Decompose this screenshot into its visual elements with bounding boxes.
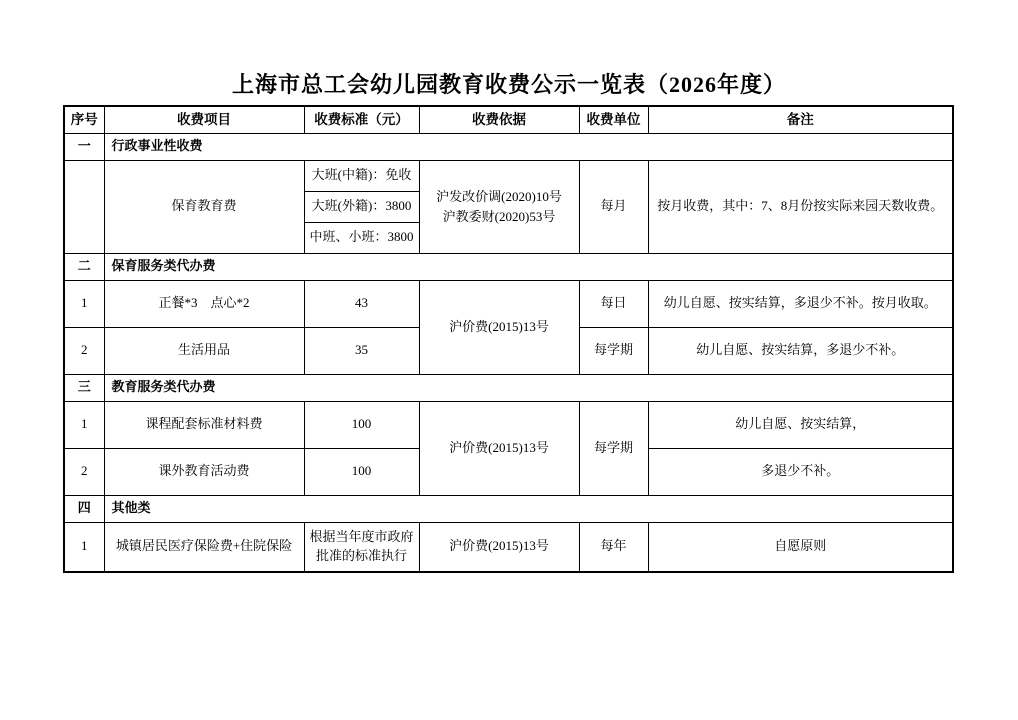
table-row: 1 课程配套标准材料费 100 沪价费(2015)13号 每学期 幼儿自愿、按实… [64, 401, 953, 448]
table-row: 1 正餐*3 点心*2 43 沪价费(2015)13号 每日 幼儿自愿、按实结算… [64, 280, 953, 327]
cell-note: 幼儿自愿、按实结算， [648, 401, 953, 448]
page-title: 上海市总工会幼儿园教育收费公示一览表（2026年度） [0, 68, 1018, 99]
column-header-note: 备注 [648, 106, 953, 133]
cell-basis: 沪价费(2015)13号 [419, 522, 579, 572]
section-title: 其他类 [104, 495, 953, 522]
cell-item: 课程配套标准材料费 [104, 401, 304, 448]
table-row: 保育教育费 大班(中籍)：免收 沪发改价调(2020)10号 沪教委财(2020… [64, 160, 953, 191]
cell-standard: 100 [304, 448, 419, 495]
section-row-1: 一 行政事业性收费 [64, 133, 953, 160]
column-header-unit: 收费单位 [579, 106, 648, 133]
cell-unit: 每学期 [579, 401, 648, 495]
document-page: 上海市总工会幼儿园教育收费公示一览表（2026年度） 序号 收费项目 收费标准（… [0, 0, 1018, 720]
column-header-standard: 收费标准（元） [304, 106, 419, 133]
cell-unit: 每学期 [579, 327, 648, 374]
cell-standard: 根据当年度市政府批准的标准执行 [304, 522, 419, 572]
section-row-3: 三 教育服务类代办费 [64, 374, 953, 401]
section-row-4: 四 其他类 [64, 495, 953, 522]
cell-unit: 每日 [579, 280, 648, 327]
cell-no: 2 [64, 448, 104, 495]
cell-note: 幼儿自愿、按实结算，多退少不补。 [648, 327, 953, 374]
cell-item: 保育教育费 [104, 160, 304, 253]
column-header-basis: 收费依据 [419, 106, 579, 133]
cell-item: 正餐*3 点心*2 [104, 280, 304, 327]
cell-note: 幼儿自愿、按实结算，多退少不补。按月收取。 [648, 280, 953, 327]
cell-standard: 大班(外籍)：3800 [304, 191, 419, 222]
cell-no: 1 [64, 401, 104, 448]
cell-no [64, 160, 104, 253]
cell-standard: 中班、小班：3800 [304, 222, 419, 253]
section-title: 保育服务类代办费 [104, 253, 953, 280]
column-header-item: 收费项目 [104, 106, 304, 133]
section-index: 二 [64, 253, 104, 280]
table-header-row: 序号 收费项目 收费标准（元） 收费依据 收费单位 备注 [64, 106, 953, 133]
column-header-seq: 序号 [64, 106, 104, 133]
cell-basis: 沪价费(2015)13号 [419, 401, 579, 495]
section-row-2: 二 保育服务类代办费 [64, 253, 953, 280]
cell-item: 生活用品 [104, 327, 304, 374]
fee-table: 序号 收费项目 收费标准（元） 收费依据 收费单位 备注 一 行政事业性收费 保… [63, 105, 954, 573]
section-title: 行政事业性收费 [104, 133, 953, 160]
cell-note: 多退少不补。 [648, 448, 953, 495]
section-index: 四 [64, 495, 104, 522]
cell-note: 自愿原则 [648, 522, 953, 572]
section-index: 一 [64, 133, 104, 160]
cell-standard: 大班(中籍)：免收 [304, 160, 419, 191]
cell-no: 2 [64, 327, 104, 374]
cell-item: 课外教育活动费 [104, 448, 304, 495]
cell-unit: 每年 [579, 522, 648, 572]
cell-unit: 每月 [579, 160, 648, 253]
cell-no: 1 [64, 280, 104, 327]
cell-standard: 35 [304, 327, 419, 374]
cell-note: 按月收费，其中：7、8月份按实际来园天数收费。 [648, 160, 953, 253]
cell-standard: 43 [304, 280, 419, 327]
basis-line-2: 沪教委财(2020)53号 [425, 207, 574, 227]
section-index: 三 [64, 374, 104, 401]
cell-item: 城镇居民医疗保险费+住院保险 [104, 522, 304, 572]
cell-basis: 沪发改价调(2020)10号 沪教委财(2020)53号 [419, 160, 579, 253]
basis-line-1: 沪发改价调(2020)10号 [425, 187, 574, 207]
section-title: 教育服务类代办费 [104, 374, 953, 401]
cell-basis: 沪价费(2015)13号 [419, 280, 579, 374]
cell-standard: 100 [304, 401, 419, 448]
cell-no: 1 [64, 522, 104, 572]
table-row: 1 城镇居民医疗保险费+住院保险 根据当年度市政府批准的标准执行 沪价费(201… [64, 522, 953, 572]
